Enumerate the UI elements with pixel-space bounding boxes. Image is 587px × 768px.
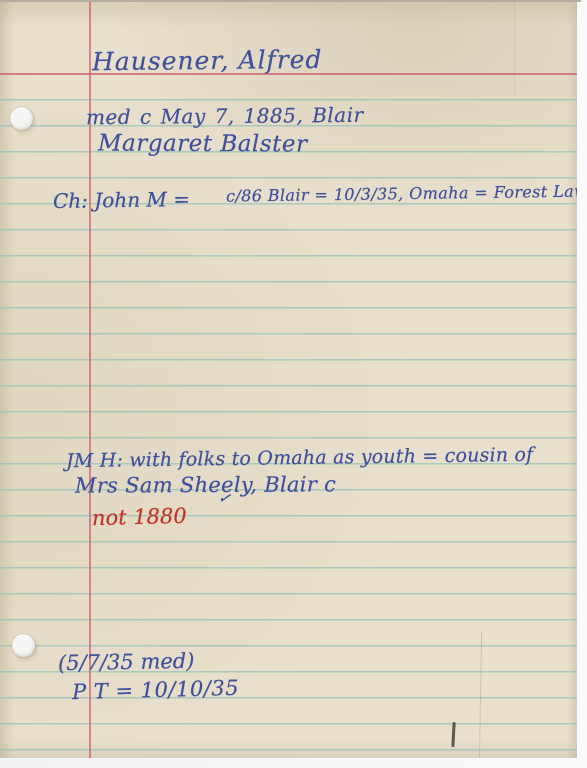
handwritten-footnote-2: P T = 10/10/35 [72,678,240,703]
handwritten-children-label: Ch: John M = [53,189,190,211]
handwritten-marriage-line: med c May 7, 1885, Blair [86,105,364,127]
handwritten-biography-line-2: Mrs Sam Sheely, Blair c [75,474,336,496]
handwritten-heading: Hausener, Alfred [92,47,323,74]
punch-hole-bottom [12,634,35,657]
handwritten-footnote-1: (5/7/35 med) [58,651,195,674]
handwritten-red-correction: not 1880 [92,506,187,529]
handwritten-children-detail: c/86 Blair = 10/3/35, Omaha = Forest Law… [226,183,577,204]
paper-crease [514,2,515,97]
scanned-genealogy-card: Hausener, Alfred med c May 7, 1885, Blai… [0,0,587,768]
checkmark-annotation: ✓ [217,490,232,507]
punch-hole-top [10,107,33,130]
handwritten-spouse-name: Margaret Balster [98,132,308,156]
notebook-paper: Hausener, Alfred med c May 7, 1885, Blai… [0,2,577,758]
